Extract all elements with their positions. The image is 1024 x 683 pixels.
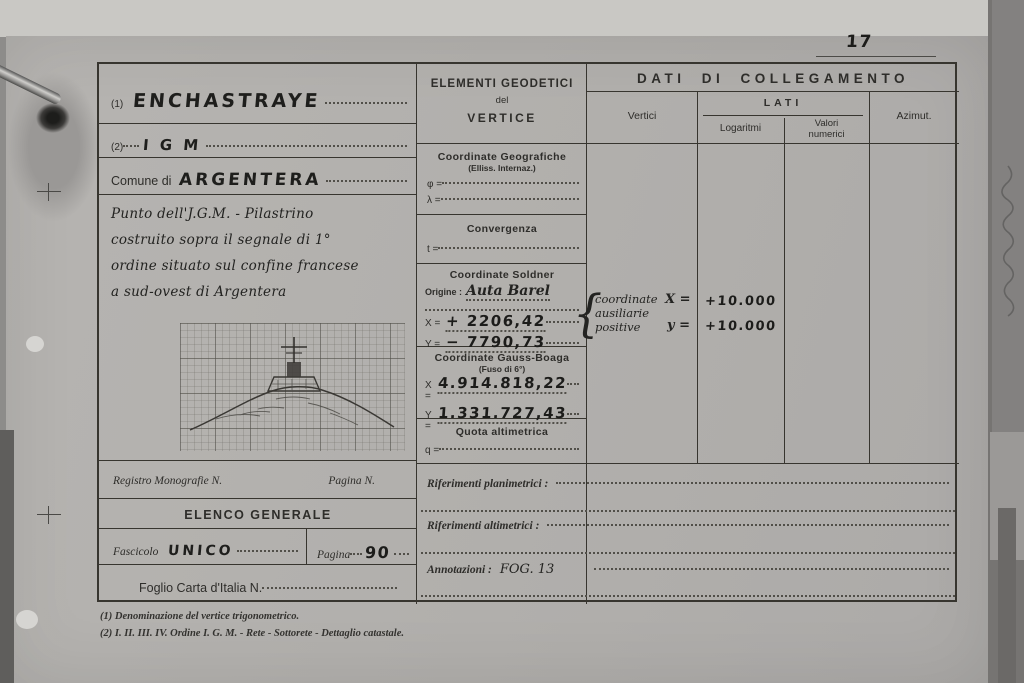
geodetic-header-line3: VERTICE [417,111,587,125]
left-column: (1) ENCHASTRAYE (2) I G M Comune di ARGE… [99,64,417,604]
sketch-hill-pillar [180,323,405,451]
annotazioni-value: FOG. 13 [500,562,554,577]
column-line [869,92,870,464]
monograph-form: (1) ENCHASTRAYE (2) I G M Comune di ARGE… [97,62,957,602]
dotted-rule [421,595,955,597]
description-line: a sud-ovest di Argentera [111,279,411,305]
description-line: Punto dell'J.G.M. - Pilastrino [111,201,411,227]
dotted-leader [438,247,579,249]
edge-handwriting-scribble [994,160,1020,340]
dotted-leader [567,383,579,385]
q-label: q = [425,445,439,456]
dotted-leader [547,524,949,526]
footnote-1: (1) Denominazione del vertice trigonomet… [100,608,404,625]
dotted-leader [206,145,408,147]
col-azimut: Azimut. [869,110,959,122]
field2-number: (2) [111,142,123,153]
registration-mark-bottom [37,506,61,524]
aux-x-value: +10.000 [704,294,777,309]
page-number-underline [816,56,936,57]
dotted-leader [123,145,139,147]
elenco-title: ELENCO GENERALE [184,508,332,522]
soldner-x-label: X = [425,318,440,329]
dotted-leader [441,198,579,200]
pagina-value: 90 [365,543,392,562]
footnote-2: (2) I. II. III. IV. Ordine I. G. M. - Re… [100,625,404,642]
dotted-leader [394,553,410,555]
scanned-monograph-page: 17 (1) ENCHASTRAYE (2) I G M Comune di A… [0,0,1024,683]
collegamento-colheads: Vertici LATI Logaritmi Valori numerici A… [587,92,959,144]
vertex-name-value: ENCHASTRAYE [132,90,321,112]
footnotes: (1) Denominazione del vertice trigonomet… [100,608,404,642]
geodetic-header: ELEMENTI GEODETICI del VERTICE [417,64,587,144]
page-number: 17 [845,32,873,52]
order-row: (2) I G M [99,124,417,158]
dotted-leader [439,448,579,450]
coordinate-soldner-section: Coordinate Soldner Origine : Auta Barel … [417,264,587,347]
origine-label: Origine : [425,287,462,297]
collegamento-body: Vertici LATI Logaritmi Valori numerici A… [587,92,959,464]
lambda-label: λ = [427,195,441,206]
lati-divider [703,115,863,116]
quota-title: Quota altimetrica [417,426,587,438]
riferimenti-section: Riferimenti planimetrici : Riferimenti a… [417,464,959,604]
geografiche-subtitle: (Elliss. Internaz.) [417,163,587,173]
auxiliary-coordinates-note: { coordinate ausiliarie positive X = y =… [573,288,873,348]
dotted-leader [594,568,949,570]
photo-left-margin [0,430,14,683]
geodetic-header-line1: ELEMENTI GEODETICI [417,78,587,90]
t-label: t = [427,244,438,255]
phi-label: φ = [427,179,442,190]
punch-hole-top [26,336,44,352]
registro-row: Registro Monografie N. Pagina N. [99,460,417,499]
riferimenti-altimetrici-label: Riferimenti altimetrici : [427,520,539,532]
comune-value: ARGENTERA [179,170,323,190]
fascicolo-label: Fascicolo [113,546,158,558]
column-line [697,92,698,464]
gauss-x-label: X = [425,380,433,402]
punch-hole-bottom [16,610,38,629]
gauss-title: Coordinate Gauss-Boaga [417,352,587,364]
registro-label: Registro Monografie N. [113,475,222,487]
col-lati: LATI [697,97,869,109]
coordinate-geografiche-section: Coordinate Geografiche (Elliss. Internaz… [417,144,587,215]
collegamento-title: DATI DI COLLEGAMENTO [637,71,909,86]
dotted-leader [325,102,407,104]
fascicolo-value: UNICO [168,543,235,559]
field1-number: (1) [111,99,123,110]
underlying-page-shadow [998,508,1016,683]
gauss-x-value: 4.914.818,22 [437,374,567,394]
collegamento-header: DATI DI COLLEGAMENTO [587,64,959,92]
dotted-leader [350,553,362,555]
dotted-leader [442,182,579,184]
col-vertici: Vertici [587,110,697,122]
binder-ring-hole-icon [36,103,70,133]
description-line: ordine situato sul confine francese [111,253,411,279]
col-valori: Valori numerici [784,118,869,140]
order-value: I G M [142,136,202,154]
aux-y-value: +10.000 [704,319,777,334]
gauss-subtitle: (Fuso di 6°) [417,364,587,374]
dotted-leader [237,550,298,552]
dotted-leader [556,482,949,484]
aux-y-label: y = [667,318,690,333]
pagina-n-label: Pagina N. [328,475,375,487]
comune-row: Comune di ARGENTERA [99,158,417,195]
soldner-title: Coordinate Soldner [417,269,587,281]
foglio-row: Foglio Carta d'Italia N. [99,565,417,603]
annotazioni-label: Annotazioni : [427,564,492,576]
coordinate-gauss-boaga-section: Coordinate Gauss-Boaga (Fuso di 6°) X = … [417,347,587,419]
quota-altimetrica-section: Quota altimetrica q = [417,419,587,464]
note-lines: coordinate ausiliarie positive [595,292,658,334]
convergenza-section: Convergenza t = [417,215,587,264]
dotted-leader [262,587,397,589]
vertex-name-row: (1) ENCHASTRAYE [99,64,417,124]
description-cell: Punto dell'J.G.M. - Pilastrino costruito… [99,195,417,460]
col-logaritmi: Logaritmi [697,123,784,134]
dotted-leader [567,413,579,415]
riferimenti-planimetrici-label: Riferimenti planimetrici : [427,478,548,490]
geodetic-header-line2: del [417,95,587,106]
convergenza-title: Convergenza [417,223,587,235]
description-line: costruito sopra il segnale di 1° [111,227,411,253]
registration-mark-top [37,183,61,201]
elenco-generale-row: ELENCO GENERALE [99,499,417,529]
description-text: Punto dell'J.G.M. - Pilastrino costruito… [111,201,411,305]
fascicolo-row: Fascicolo UNICO Pagina 90 [99,529,417,565]
foglio-label: Foglio Carta d'Italia N. [139,581,262,595]
pagina-label: Pagina [317,549,350,561]
comune-label: Comune di [111,174,171,188]
soldner-x-value: + 2206,42 [446,312,547,332]
geografiche-title: Coordinate Geografiche [417,151,587,163]
origine-value: Auta Barel [466,283,550,301]
dotted-leader [326,180,407,182]
aux-x-label: X = [665,292,691,307]
